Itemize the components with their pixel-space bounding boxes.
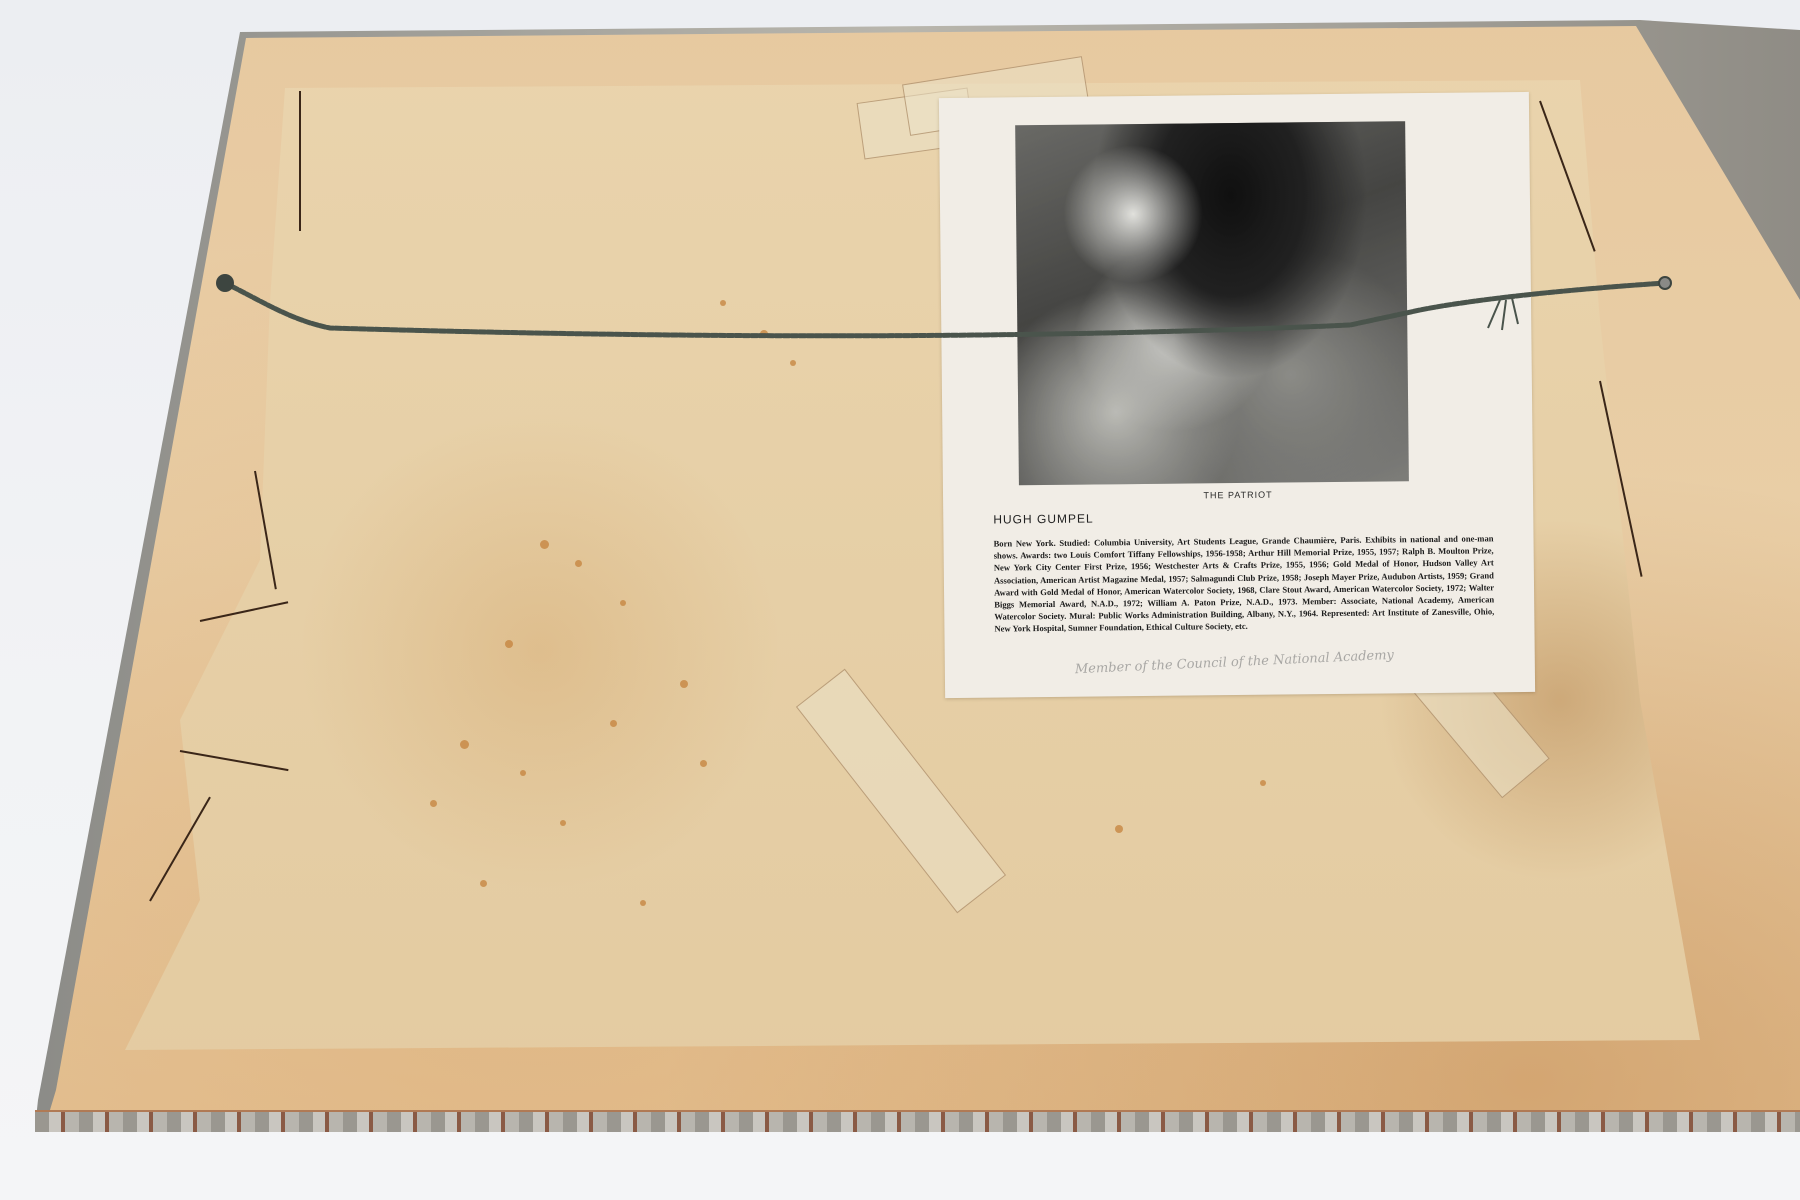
catalogue-label: THE PATRIOT HUGH GUMPEL Born New York. S…	[939, 92, 1535, 698]
foxing-spot	[460, 740, 469, 749]
foxing-spot	[480, 880, 487, 887]
artist-name: HUGH GUMPEL	[993, 512, 1093, 527]
foxing-spot	[640, 900, 646, 906]
artist-biography: Born New York. Studied: Columbia Univers…	[993, 532, 1494, 635]
foxing-spot	[1260, 780, 1266, 786]
foxing-spot	[1115, 825, 1123, 833]
foxing-spot	[610, 720, 617, 727]
foxing-spot	[700, 760, 707, 767]
frame-bottom-edge	[35, 1110, 1800, 1132]
foxing-spot	[790, 360, 796, 366]
handwritten-note: Member of the Council of the National Ac…	[1075, 648, 1395, 677]
foxing-spot	[520, 770, 526, 776]
foxing-spot	[560, 820, 566, 826]
foxing-spot	[620, 600, 626, 606]
foxing-spot	[505, 640, 513, 648]
picture-frame: THE PATRIOT HUGH GUMPEL Born New York. S…	[0, 0, 1800, 1200]
paper-tear	[299, 91, 301, 231]
foxing-spot	[760, 330, 768, 338]
foxing-spot	[540, 540, 549, 549]
foxing-spot	[575, 560, 582, 567]
foxing-spot	[430, 800, 437, 807]
artwork-reproduction-photo	[1015, 121, 1409, 485]
foxing-spot	[720, 300, 726, 306]
artwork-title: THE PATRIOT	[943, 487, 1533, 503]
foxing-spot	[680, 680, 688, 688]
